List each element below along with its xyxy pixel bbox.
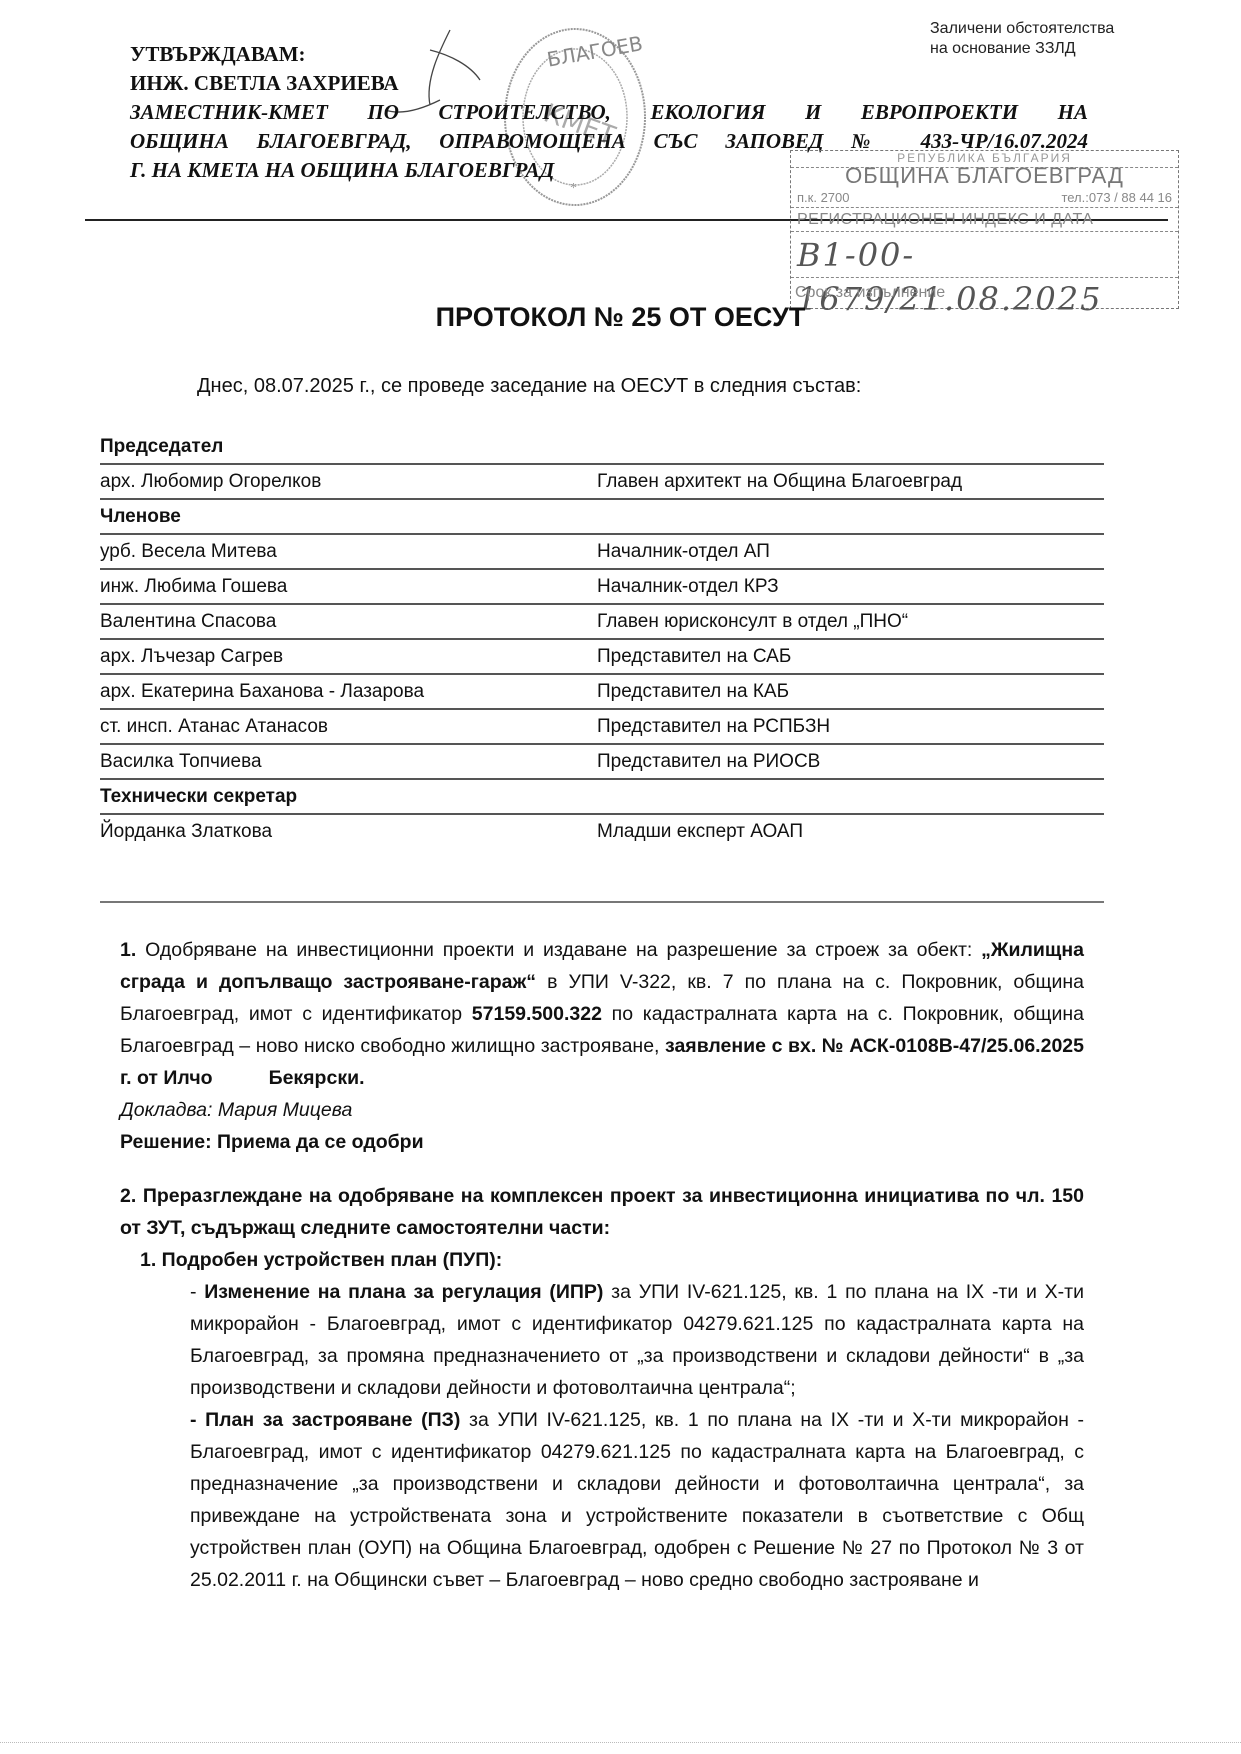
group-label: Председател — [100, 430, 223, 463]
member-name: ст. инсп. Атанас Атанасов — [100, 710, 328, 743]
member-role: Младши експерт АОАП — [597, 815, 803, 848]
member-name: арх. Екатерина Баханова - Лазарова — [100, 675, 424, 708]
stamp-reg-value: В1-00-1679/21.08.2025 — [791, 233, 1178, 278]
sub-item-pup: 1. Подробен устройствен план (ПУП): — [140, 1244, 1084, 1276]
table-row: Валентина Спасова Главен юрисконсулт в о… — [100, 605, 1104, 640]
table-row: Йорданка Златкова Младши експерт АОАП — [100, 815, 1104, 903]
stamp-postcode: п.к. 2700 — [797, 189, 849, 207]
redaction-note-line1: Заличени обстоятелства — [930, 19, 1114, 39]
ipr-label: Изменение на плана за регулация (ИПР) — [204, 1281, 603, 1303]
member-role: Представител на КАБ — [597, 675, 789, 708]
property-identifier: 57159.500.322 — [472, 1003, 602, 1025]
scan-edge-divider — [0, 1742, 1241, 1743]
table-row: урб. Весела Митева Началник-отдел АП — [100, 535, 1104, 570]
member-name: арх. Лъчезар Сагрев — [100, 640, 283, 673]
member-role: Началник-отдел АП — [597, 535, 770, 568]
group-header-secretary: Технически секретар — [100, 780, 1104, 815]
member-role: Началник-отдел КРЗ — [597, 570, 779, 603]
ipr-paragraph: - Изменение на плана за регулация (ИПР) … — [190, 1276, 1084, 1404]
stamp-phone: тел.:073 / 88 44 16 — [1061, 189, 1172, 207]
table-row: арх. Екатерина Баханова - Лазарова Предс… — [100, 675, 1104, 710]
group-header-members: Членове — [100, 500, 1104, 535]
group-label: Технически секретар — [100, 780, 297, 813]
composition-table: Председател арх. Любомир Огорелков Главе… — [100, 430, 1104, 903]
table-row: арх. Лъчезар Сагрев Представител на САБ — [100, 640, 1104, 675]
stamp-address-row: п.к. 2700 тел.:073 / 88 44 16 — [791, 189, 1178, 208]
agenda-item-2: 2. Преразглеждане на одобряване на компл… — [120, 1180, 1084, 1596]
agenda-item-1-text: 1. Одобряване на инвестиционни проекти и… — [120, 934, 1084, 1094]
member-name: Йорданка Златкова — [100, 815, 272, 848]
member-role: Главен архитект на Община Благоевград — [597, 465, 962, 498]
member-name: Василка Топчиева — [100, 745, 262, 778]
member-name: инж. Любима Гошева — [100, 570, 287, 603]
member-role: Представител на САБ — [597, 640, 791, 673]
approver-title-line1: ЗАМЕСТНИК-КМЕТ ПО СТРОИТЕЛСТВО, ЕКОЛОГИЯ… — [130, 98, 1088, 127]
approval-heading: УТВЪРЖДАВАМ: — [130, 40, 1088, 69]
table-row: инж. Любима Гошева Началник-отдел КРЗ — [100, 570, 1104, 605]
member-role: Представител на РСПБЗН — [597, 710, 830, 743]
table-row: Василка Топчиева Представител на РИОСВ — [100, 745, 1104, 780]
group-header-chair: Председател — [100, 430, 1104, 465]
group-label: Членове — [100, 500, 181, 533]
member-role: Главен юрисконсулт в отдел „ПНО“ — [597, 605, 908, 638]
stamp-reg-label: РЕГИСТРАЦИОНЕН ИНДЕКС И ДАТА — [791, 209, 1178, 232]
meeting-intro: Днес, 08.07.2025 г., се проведе заседани… — [197, 373, 861, 399]
member-name: Валентина Спасова — [100, 605, 276, 638]
reporter: Докладва: Мария Мицева — [120, 1094, 1084, 1126]
pz-label: - План за застрояване (ПЗ) — [190, 1409, 460, 1431]
agenda-item-1: 1. Одобряване на инвестиционни проекти и… — [120, 934, 1084, 1158]
stamp-municipality: ОБЩИНА БЛАГОЕВГРАД — [791, 163, 1178, 189]
agenda-item-2-heading: 2. Преразглеждане на одобряване на компл… — [120, 1180, 1084, 1244]
registration-stamp: РЕПУБЛИКА БЪЛГАРИЯ ОБЩИНА БЛАГОЕВГРАД п.… — [790, 150, 1179, 309]
member-role: Представител на РИОСВ — [597, 745, 820, 778]
table-row: ст. инсп. Атанас Атанасов Представител н… — [100, 710, 1104, 745]
member-name: арх. Любомир Огорелков — [100, 465, 321, 498]
applicant-surname: Бекярски. — [269, 1067, 365, 1089]
decision: Решение: Приема да се одобри — [120, 1126, 1084, 1158]
protocol-title: ПРОТОКОЛ № 25 ОТ ОЕСУТ — [0, 300, 1241, 334]
item-number: 1. — [120, 939, 136, 961]
approver-name: ИНЖ. СВЕТЛА ЗАХРИЕВА — [130, 69, 1088, 98]
pz-paragraph: - План за застрояване (ПЗ) за УПИ IV-621… — [190, 1404, 1084, 1596]
member-name: урб. Весела Митева — [100, 535, 277, 568]
table-row: арх. Любомир Огорелков Главен архитект н… — [100, 465, 1104, 500]
